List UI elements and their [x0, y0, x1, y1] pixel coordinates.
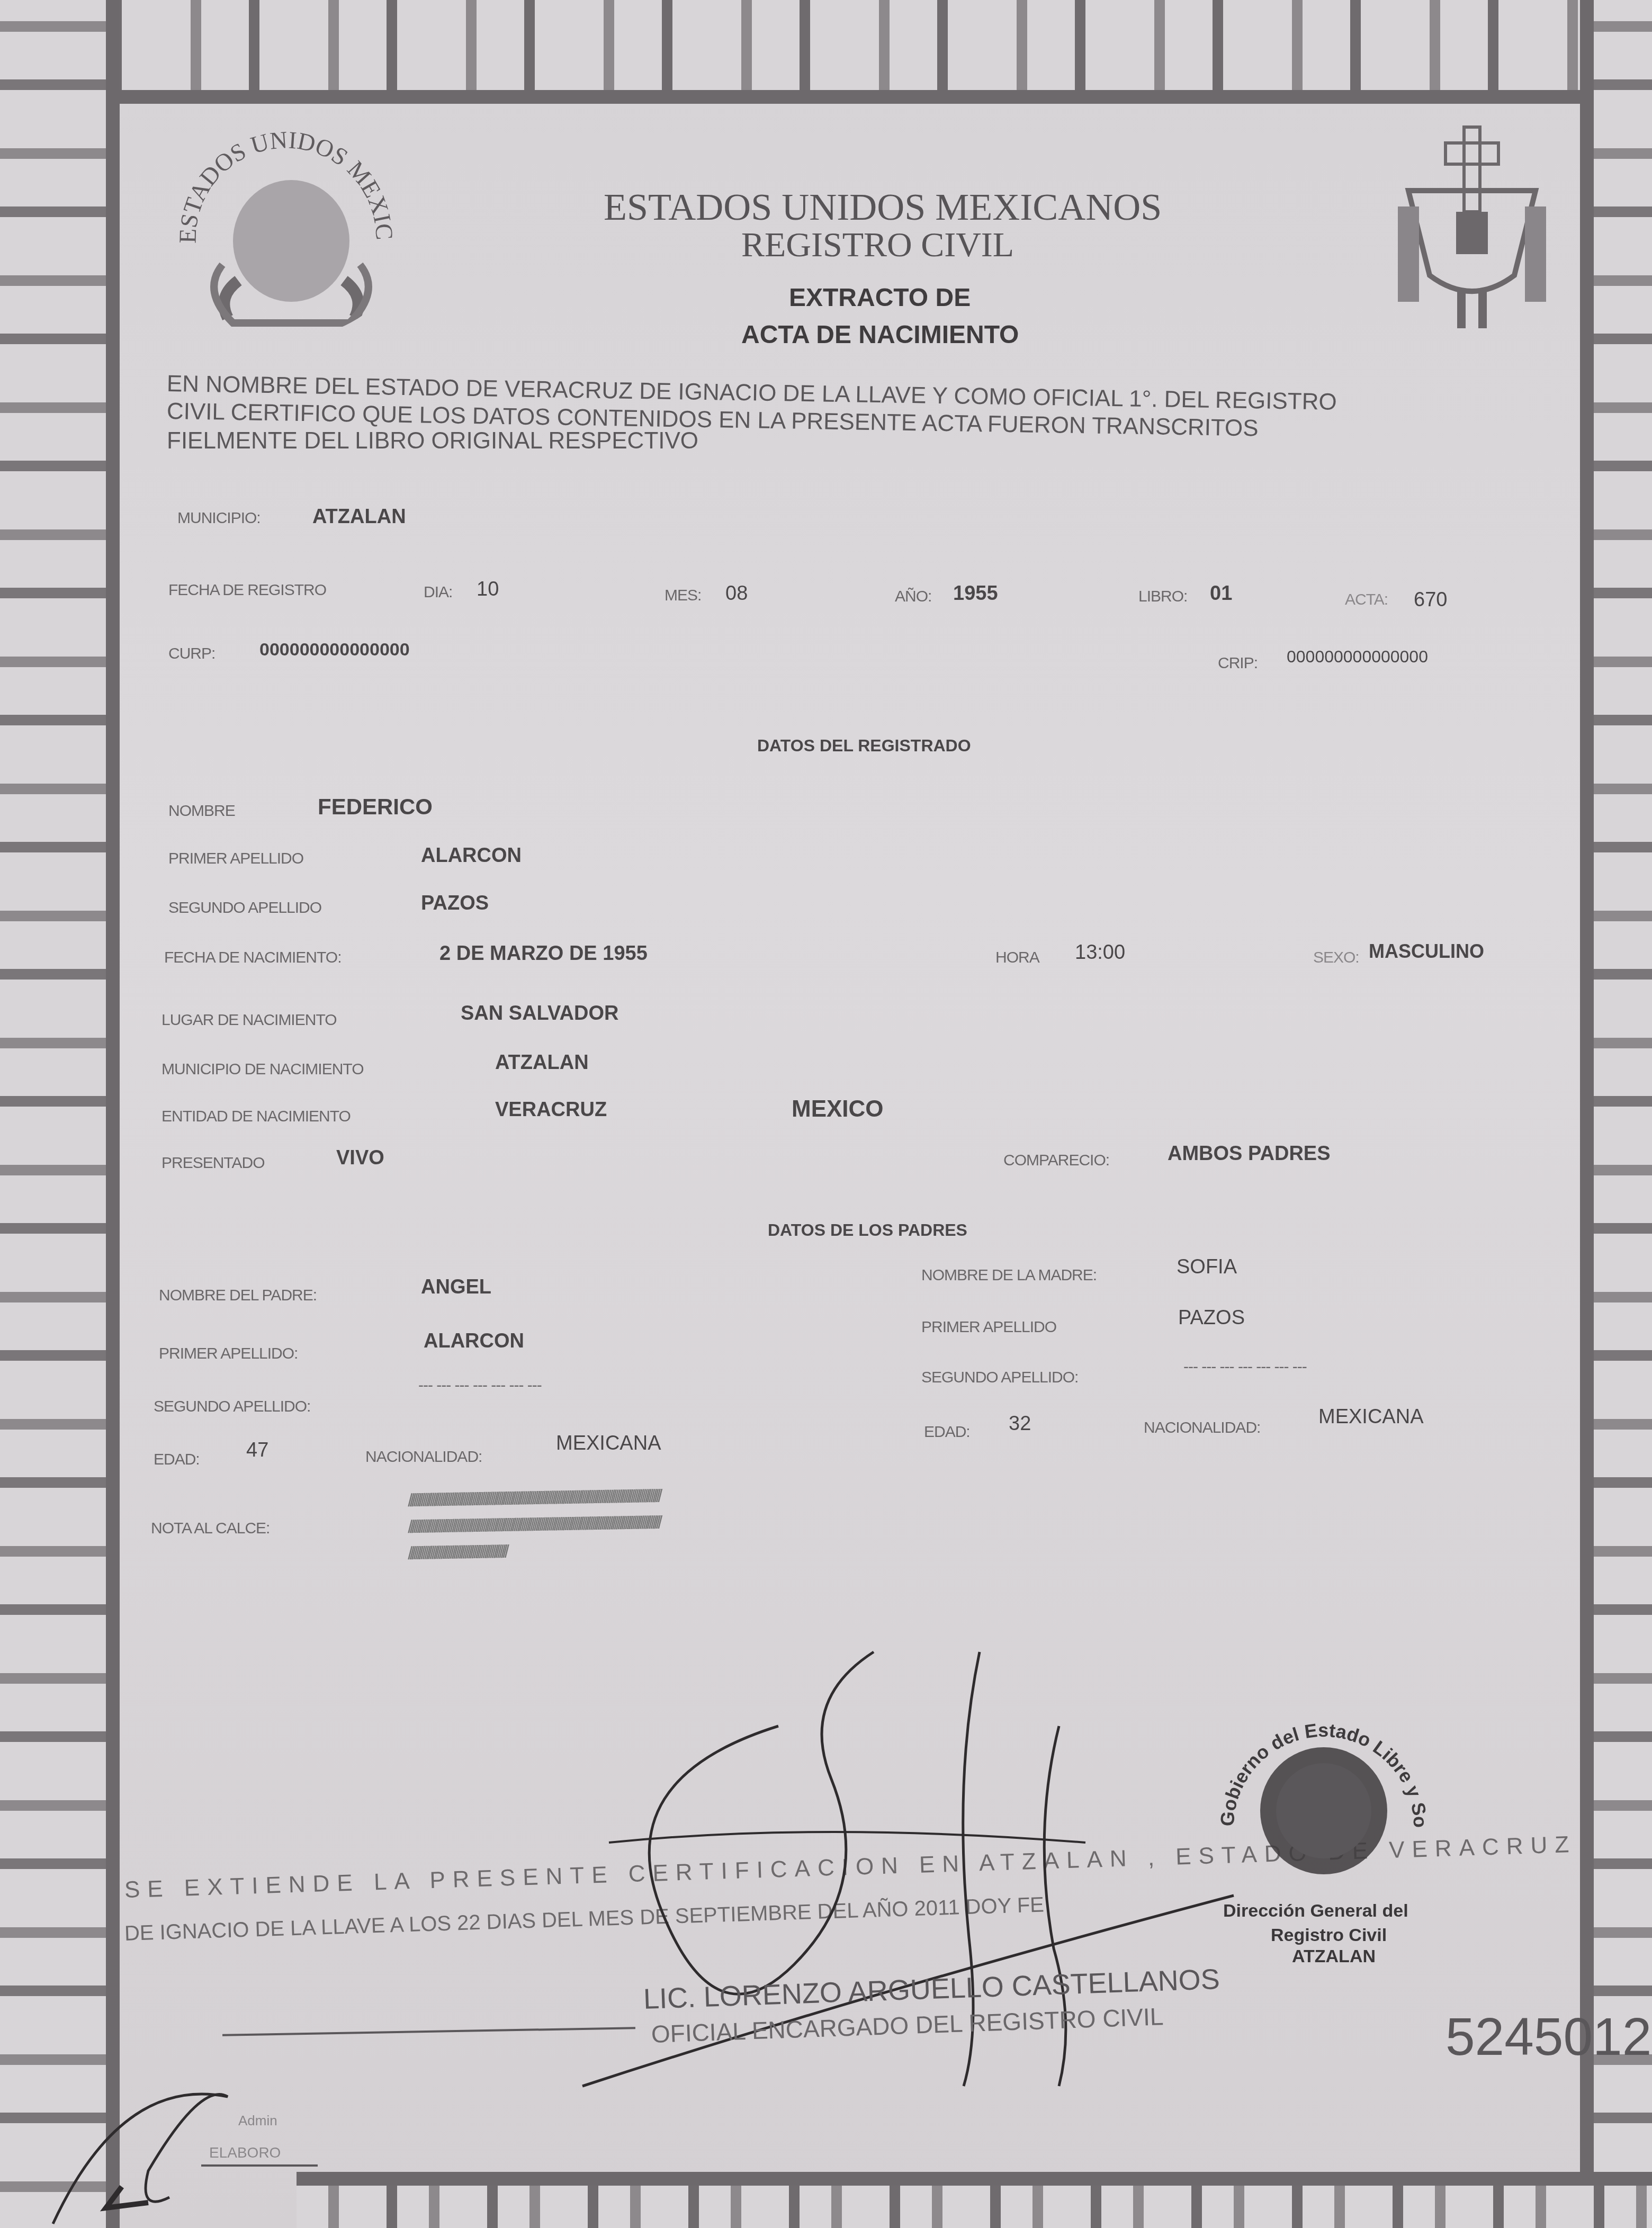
veracruz-shield-icon: [1387, 116, 1557, 339]
madre-nacionalidad-value: MEXICANA: [1318, 1406, 1423, 1429]
municipio-label: MUNICIPIO:: [177, 509, 261, 527]
dia-label: DIA:: [424, 583, 452, 601]
madre-primer-apellido-label: PRIMER APELLIDO: [921, 1318, 1056, 1336]
pais-value: MEXICO: [792, 1096, 884, 1122]
mes-label: MES:: [665, 587, 701, 605]
dia-value: 10: [477, 578, 499, 601]
hora-value: 13:00: [1075, 941, 1125, 964]
padre-nombre-label: NOMBRE DEL PADRE:: [159, 1287, 317, 1305]
birth-certificate-sheet: ESTADOS UNIDOS MEXICANOS ESTADOS UNIDOS …: [0, 0, 1652, 2228]
sexo-label: SEXO:: [1313, 949, 1359, 967]
nota-line-2: ////////////////////////////////////////…: [408, 1513, 660, 1538]
padre-segundo-apellido-label: SEGUNDO APELLIDO:: [154, 1398, 310, 1416]
hora-label: HORA: [995, 949, 1039, 967]
curp-value: 000000000000000: [259, 640, 410, 660]
primer-apellido-label: PRIMER APELLIDO: [168, 850, 303, 868]
curp-label: CURP:: [168, 645, 215, 663]
doc-type-line1: EXTRACTO DE: [789, 283, 971, 312]
mexican-coat-of-arms-icon: ESTADOS UNIDOS MEXICANOS: [159, 106, 413, 339]
section-title-registrado: DATOS DEL REGISTRADO: [757, 736, 971, 756]
madre-segundo-apellido-value: --- --- --- --- --- --- ---: [1183, 1358, 1307, 1376]
padre-segundo-apellido-value: --- --- --- --- --- --- ---: [418, 1377, 542, 1395]
municipio-nacimiento-value: ATZALAN: [495, 1052, 589, 1074]
header-office: REGISTRO CIVIL: [741, 225, 1014, 265]
segundo-apellido-label: SEGUNDO APELLIDO: [168, 899, 321, 917]
elaboro-user: Admin: [238, 2113, 277, 2129]
primer-apellido-value: ALARCON: [421, 845, 522, 867]
fecha-nacimiento-value: 2 DE MARZO DE 1955: [439, 942, 648, 965]
comparecio-value: AMBOS PADRES: [1168, 1143, 1331, 1165]
presentado-label: PRESENTADO: [161, 1154, 264, 1172]
presentado-value: VIVO: [336, 1147, 384, 1170]
ornamental-border-top: [21, 0, 1652, 104]
doc-type-line2: ACTA DE NACIMIENTO: [741, 320, 1019, 349]
municipio-value: ATZALAN: [312, 506, 406, 528]
lugar-nacimiento-value: SAN SALVADOR: [461, 1002, 618, 1025]
entidad-nacimiento-label: ENTIDAD DE NACIMIENTO: [161, 1108, 351, 1126]
crip-value: 000000000000000: [1287, 647, 1428, 667]
elaboro-signature-icon: [42, 2054, 254, 2228]
madre-primer-apellido-value: PAZOS: [1178, 1307, 1245, 1329]
fecha-registro-label: FECHA DE REGISTRO: [168, 581, 326, 599]
section-title-padres: DATOS DE LOS PADRES: [768, 1220, 967, 1240]
madre-nombre-value: SOFIA: [1177, 1256, 1237, 1279]
madre-segundo-apellido-label: SEGUNDO APELLIDO:: [921, 1369, 1078, 1387]
acta-value: 670: [1414, 589, 1447, 612]
padre-primer-apellido-label: PRIMER APELLIDO:: [159, 1345, 298, 1363]
padre-edad-value: 47: [246, 1439, 268, 1462]
elaboro-line: [201, 2164, 318, 2167]
folio-number: 5245012: [1445, 2007, 1651, 2068]
anio-label: AÑO:: [895, 588, 931, 606]
lugar-nacimiento-label: LUGAR DE NACIMIENTO: [161, 1011, 337, 1029]
fecha-nacimiento-label: FECHA DE NACIMIENTO:: [164, 949, 342, 967]
madre-edad-value: 32: [1009, 1413, 1031, 1435]
anio-value: 1955: [953, 582, 998, 605]
comparecio-label: COMPARECIO:: [1003, 1152, 1109, 1170]
elaboro-label: ELABORO: [209, 2144, 281, 2161]
nota-line-3: ////////////////////////////////////////…: [408, 1542, 507, 1564]
madre-edad-label: EDAD:: [924, 1423, 970, 1441]
ornamental-border-left: [0, 0, 120, 2228]
crip-label: CRIP:: [1218, 654, 1258, 672]
nombre-label: NOMBRE: [168, 802, 235, 820]
padre-nacionalidad-value: MEXICANA: [556, 1432, 661, 1455]
padre-primer-apellido-value: ALARCON: [424, 1330, 524, 1353]
padre-edad-label: EDAD:: [154, 1451, 200, 1469]
padre-nombre-value: ANGEL: [421, 1276, 491, 1299]
acta-label: ACTA:: [1345, 591, 1388, 609]
libro-value: 01: [1210, 582, 1232, 605]
nota-label: NOTA AL CALCE:: [151, 1520, 270, 1538]
preamble-line-3: FIELMENTE DEL LIBRO ORIGINAL RESPECTIVO: [167, 428, 698, 454]
ornamental-border-right: [1580, 0, 1652, 2228]
segundo-apellido-value: PAZOS: [421, 892, 489, 915]
ornamental-border-bottom: [297, 2172, 1652, 2228]
nota-line-1: ////////////////////////////////////////…: [408, 1486, 660, 1511]
libro-label: LIBRO:: [1138, 588, 1187, 606]
municipio-nacimiento-label: MUNICIPIO DE NACIMIENTO: [161, 1061, 363, 1079]
nombre-value: FEDERICO: [318, 794, 433, 820]
madre-nacionalidad-label: NACIONALIDAD:: [1144, 1419, 1260, 1437]
entidad-nacimiento-value: VERACRUZ: [495, 1099, 607, 1121]
madre-nombre-label: NOMBRE DE LA MADRE:: [921, 1266, 1097, 1284]
header-country: ESTADOS UNIDOS MEXICANOS: [604, 185, 1162, 229]
sexo-value: MASCULINO: [1369, 940, 1484, 963]
padre-nacionalidad-label: NACIONALIDAD:: [365, 1448, 482, 1466]
mes-value: 08: [725, 582, 748, 605]
